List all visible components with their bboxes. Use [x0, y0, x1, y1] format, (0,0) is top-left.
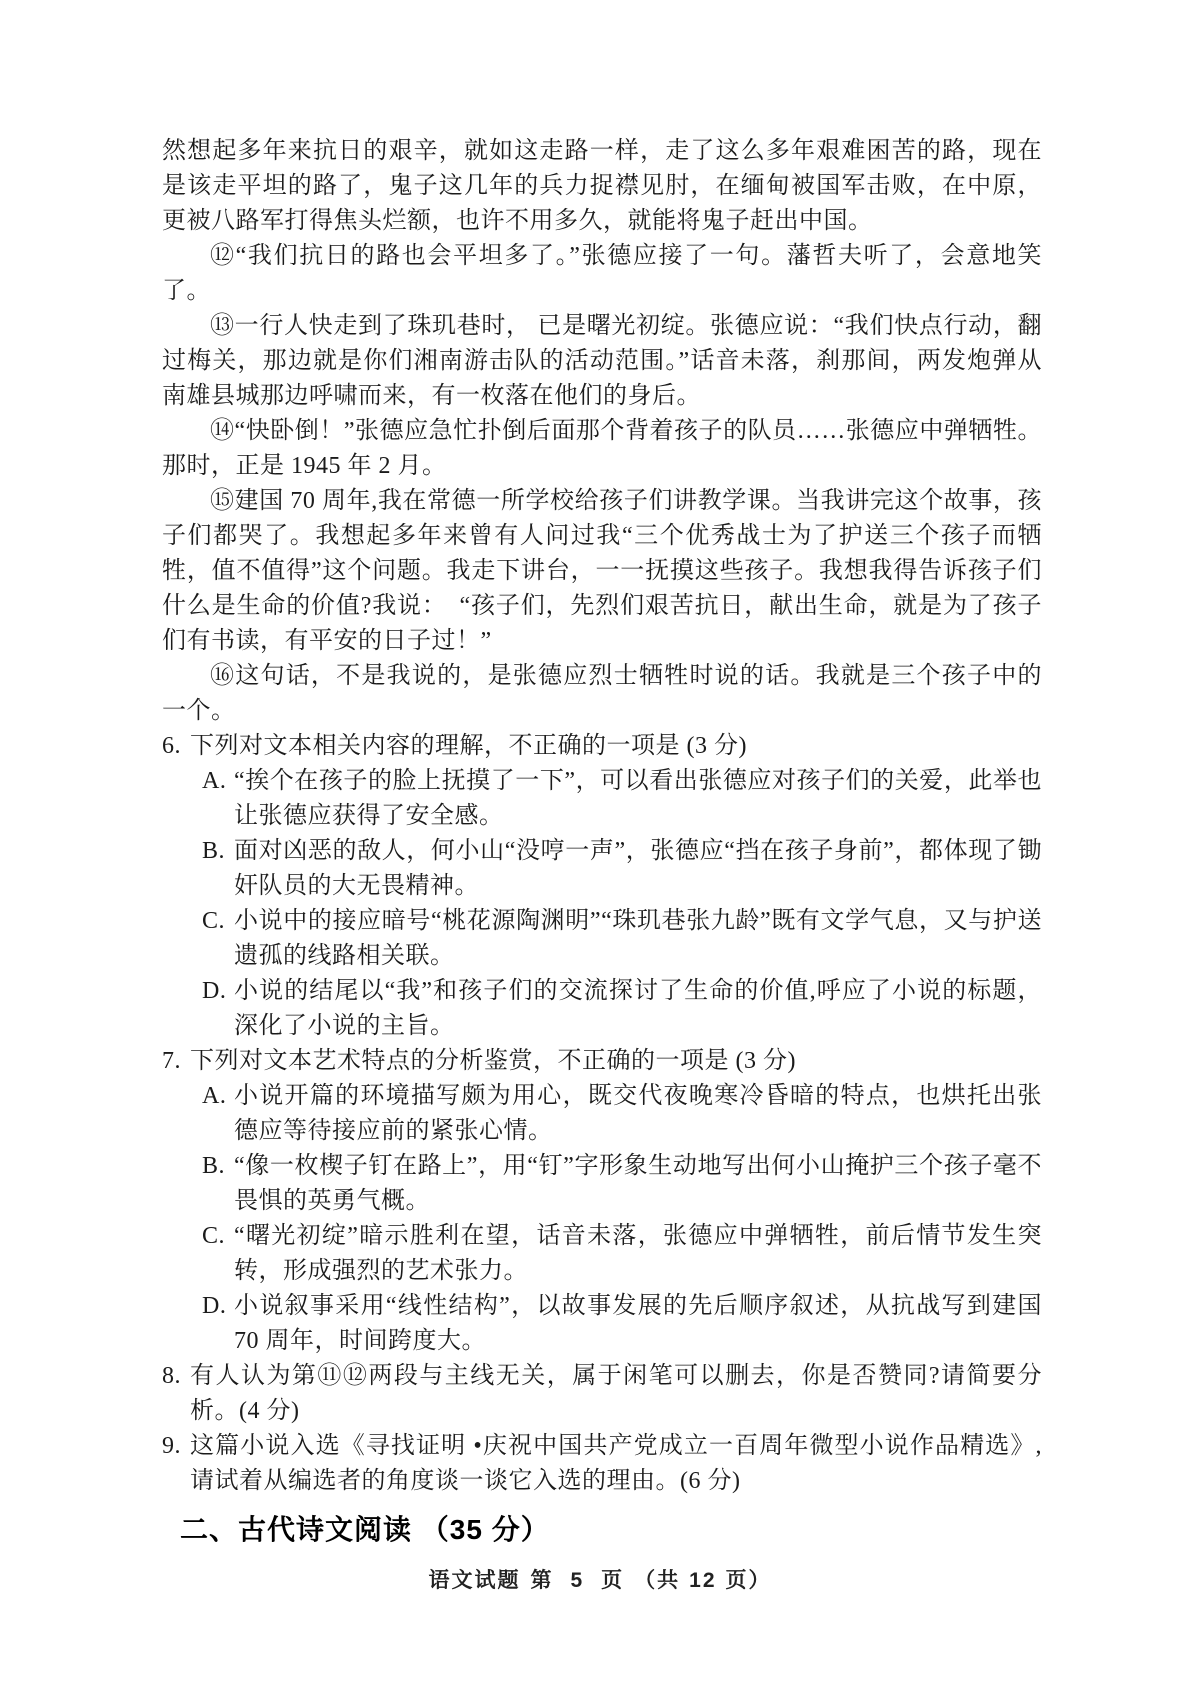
question-6: 6. 下列对文本相关内容的理解，不正确的一项是 (3 分) A. “挨个在孩子的…: [162, 729, 1042, 1044]
question-7-option-b: B. “像一枚楔子钉在路上”，用“钉”字形象生动地写出何小山掩护三个孩子毫不畏惧…: [202, 1149, 1042, 1219]
story-paragraph-15: ⑮建国 70 周年,我在常德一所学校给孩子们讲教学课。当我讲完这个故事，孩子们都…: [162, 484, 1042, 659]
option-label: B.: [202, 1149, 234, 1219]
section-heading-ancient-poetry-reading: 二、古代诗文阅读 （35 分）: [180, 1511, 1042, 1549]
question-7-options: A. 小说开篇的环境描写颇为用心，既交代夜晚寒冷昏暗的特点，也烘托出张德应等待接…: [202, 1079, 1042, 1359]
question-6-number: 6.: [162, 729, 190, 764]
page-content: 然想起多年来抗日的艰辛，就如这走路一样，走了这么多年艰难困苦的路，现在是该走平坦…: [162, 134, 1042, 1549]
question-6-option-a: A. “挨个在孩子的脸上抚摸了一下”，可以看出张德应对孩子们的关爱，此举也让张德…: [202, 764, 1042, 834]
question-9-stem: 9. 这篇小说入选《寻找证明 •庆祝中国共产党成立一百周年微型小说作品精选》,请…: [162, 1429, 1042, 1499]
option-text: “挨个在孩子的脸上抚摸了一下”，可以看出张德应对孩子们的关爱，此举也让张德应获得…: [234, 764, 1042, 834]
question-7: 7. 下列对文本艺术特点的分析鉴赏，不正确的一项是 (3 分) A. 小说开篇的…: [162, 1044, 1042, 1359]
option-label: B.: [202, 834, 234, 904]
option-label: D.: [202, 1289, 234, 1359]
question-6-option-b: B. 面对凶恶的敌人，何小山“没哼一声”，张德应“挡在孩子身前”，都体现了锄奸队…: [202, 834, 1042, 904]
story-paragraph-14: ⑭“快卧倒！”张德应急忙扑倒后面那个背着孩子的队员……张德应中弹牺牲。那时，正是…: [162, 414, 1042, 484]
story-paragraph-16: ⑯这句话，不是我说的，是张德应烈士牺牲时说的话。我就是三个孩子中的一个。: [162, 659, 1042, 729]
question-6-options: A. “挨个在孩子的脸上抚摸了一下”，可以看出张德应对孩子们的关爱，此举也让张德…: [202, 764, 1042, 1044]
footer-page-number: 5: [570, 1569, 584, 1592]
question-6-option-c: C. 小说中的接应暗号“桃花源陶渊明”“珠玑巷张九龄”既有文学气息，又与护送遗孤…: [202, 904, 1042, 974]
option-text: 面对凶恶的敌人，何小山“没哼一声”，张德应“挡在孩子身前”，都体现了锄奸队员的大…: [234, 834, 1042, 904]
footer-page-label-post: 页: [601, 1568, 624, 1592]
exam-paper-page: 然想起多年来抗日的艰辛，就如这走路一样，走了这么多年艰难困苦的路，现在是该走平坦…: [0, 0, 1200, 1698]
footer-page-label-pre: 第: [530, 1568, 553, 1592]
footer-total-close: 页）: [726, 1568, 772, 1592]
option-text: 小说叙事采用“线性结构”，以故事发展的先后顺序叙述，从抗战写到建国 70 周年，…: [234, 1289, 1042, 1359]
question-6-option-d: D. 小说的结尾以“我”和孩子们的交流探讨了生命的价值,呼应了小说的标题，深化了…: [202, 974, 1042, 1044]
story-paragraph-continuation: 然想起多年来抗日的艰辛，就如这走路一样，走了这么多年艰难困苦的路，现在是该走平坦…: [162, 134, 1042, 239]
story-paragraph-12: ⑫“我们抗日的路也会平坦多了。”张德应接了一句。藩哲夫听了，会意地笑了。: [162, 239, 1042, 309]
story-paragraph-13: ⑬一行人快走到了珠玑巷时， 已是曙光初绽。张德应说：“我们快点行动，翻过梅关，那…: [162, 309, 1042, 414]
question-7-option-a: A. 小说开篇的环境描写颇为用心，既交代夜晚寒冷昏暗的特点，也烘托出张德应等待接…: [202, 1079, 1042, 1149]
option-label: A.: [202, 1079, 234, 1149]
option-text: 小说的结尾以“我”和孩子们的交流探讨了生命的价值,呼应了小说的标题，深化了小说的…: [234, 974, 1042, 1044]
footer-doc-title: 语文试题: [428, 1568, 520, 1592]
question-8-number: 8.: [162, 1359, 190, 1429]
question-6-stem: 6. 下列对文本相关内容的理解，不正确的一项是 (3 分): [162, 729, 1042, 764]
option-label: D.: [202, 974, 234, 1044]
option-text: “像一枚楔子钉在路上”，用“钉”字形象生动地写出何小山掩护三个孩子毫不畏惧的英勇…: [234, 1149, 1042, 1219]
option-text: “曙光初绽”暗示胜利在望，话音未落，张德应中弹牺牲，前后情节发生突转，形成强烈的…: [234, 1219, 1042, 1289]
option-label: C.: [202, 1219, 234, 1289]
question-8-stem: 8. 有人认为第⑪⑫两段与主线无关，属于闲笔可以删去，你是否赞同?请简要分析。(…: [162, 1359, 1042, 1429]
question-7-option-d: D. 小说叙事采用“线性结构”，以故事发展的先后顺序叙述，从抗战写到建国 70 …: [202, 1289, 1042, 1359]
question-7-stem: 7. 下列对文本艺术特点的分析鉴赏，不正确的一项是 (3 分): [162, 1044, 1042, 1079]
footer-total-pages: 12: [689, 1569, 716, 1592]
option-label: C.: [202, 904, 234, 974]
page-footer: 语文试题第5页（共12页）: [0, 1564, 1200, 1594]
option-label: A.: [202, 764, 234, 834]
question-7-text: 下列对文本艺术特点的分析鉴赏，不正确的一项是 (3 分): [190, 1044, 1042, 1079]
question-9-text: 这篇小说入选《寻找证明 •庆祝中国共产党成立一百周年微型小说作品精选》,请试着从…: [190, 1429, 1042, 1499]
question-9: 9. 这篇小说入选《寻找证明 •庆祝中国共产党成立一百周年微型小说作品精选》,请…: [162, 1429, 1042, 1499]
question-7-number: 7.: [162, 1044, 190, 1079]
question-8: 8. 有人认为第⑪⑫两段与主线无关，属于闲笔可以删去，你是否赞同?请简要分析。(…: [162, 1359, 1042, 1429]
question-7-option-c: C. “曙光初绽”暗示胜利在望，话音未落，张德应中弹牺牲，前后情节发生突转，形成…: [202, 1219, 1042, 1289]
question-6-text: 下列对文本相关内容的理解，不正确的一项是 (3 分): [190, 729, 1042, 764]
question-9-number: 9.: [162, 1429, 190, 1499]
footer-total-open: （共: [634, 1568, 680, 1592]
question-8-text: 有人认为第⑪⑫两段与主线无关，属于闲笔可以删去，你是否赞同?请简要分析。(4 分…: [190, 1359, 1042, 1429]
option-text: 小说中的接应暗号“桃花源陶渊明”“珠玑巷张九龄”既有文学气息，又与护送遗孤的线路…: [234, 904, 1042, 974]
option-text: 小说开篇的环境描写颇为用心，既交代夜晚寒冷昏暗的特点，也烘托出张德应等待接应前的…: [234, 1079, 1042, 1149]
